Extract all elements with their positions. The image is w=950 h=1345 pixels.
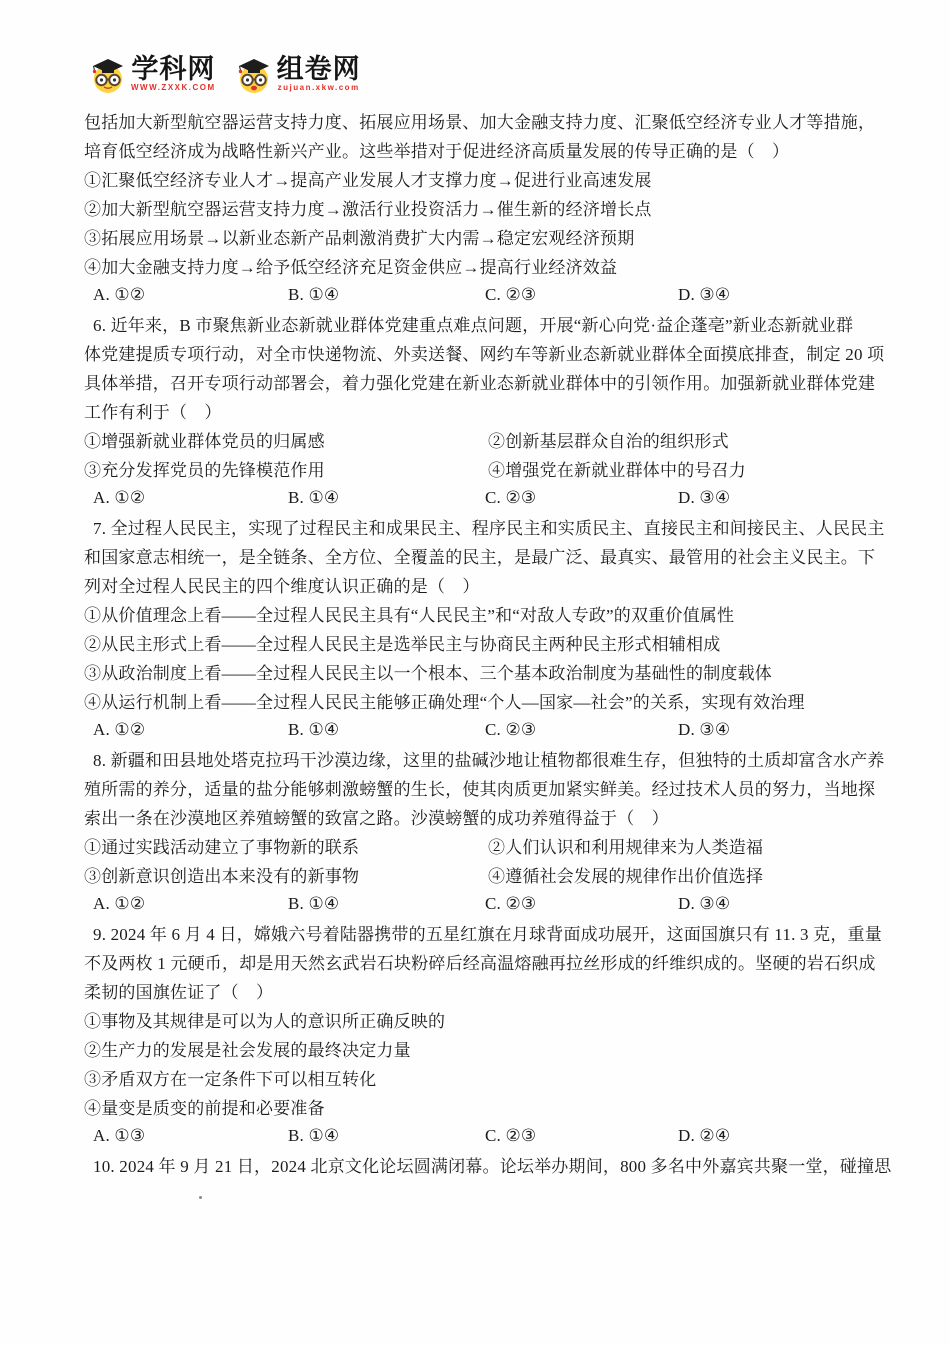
question-body: 包括加大新型航空器运营支持力度、拓展应用场景、加大金融支持力度、汇聚低空经济专业… bbox=[84, 106, 914, 1179]
q5-statement: ②加大新型航空器运营支持力度→激活行业投资活力→催生新的经济增长点 bbox=[84, 193, 914, 222]
q6-statement: ②创新基层群众自治的组织形式 bbox=[488, 427, 729, 452]
q10-stem-line: 10. 2024 年 9 月 21 日，2024 北京文化论坛圆满闭幕。论坛举办… bbox=[84, 1150, 914, 1179]
q8-statement: ③创新意识创造出本来没有的新事物 bbox=[84, 862, 488, 887]
q9-stem-line: 不及两枚 1 元硬币，却是用天然玄武岩石块粉碎后经高温熔融再拉丝形成的纤维织成的… bbox=[84, 947, 914, 976]
choice-option: C. ②③ bbox=[485, 1126, 678, 1146]
xkw-logo: 学科网 WWW.ZXXK.COM bbox=[88, 54, 216, 94]
q7-stem-line: 和国家意志相统一，是全链条、全方位、全覆盖的民主，是最广泛、最真实、最管用的社会… bbox=[84, 541, 914, 570]
choice-option: B. ①④ bbox=[288, 1126, 485, 1146]
q6-statement: ④增强党在新就业群体中的号召力 bbox=[488, 456, 746, 481]
choice-option: A. ①② bbox=[93, 488, 288, 508]
q5-choices-row: A. ①② B. ①④ C. ②③ D. ③④ bbox=[84, 280, 914, 309]
q8-statement: ④遵循社会发展的规律作出价值选择 bbox=[488, 862, 763, 887]
choice-option: A. ①② bbox=[93, 285, 288, 305]
q8-statement-row: ③创新意识创造出本来没有的新事物 ④遵循社会发展的规律作出价值选择 bbox=[84, 860, 914, 889]
q5-statement: ④加大金融支持力度→给予低空经济充足资金供应→提高行业经济效益 bbox=[84, 251, 914, 280]
q6-statement-row: ③充分发挥党员的先锋模范作用 ④增强党在新就业群体中的号召力 bbox=[84, 454, 914, 483]
zujuan-mascot-icon bbox=[234, 54, 274, 94]
q5-statement: ①汇聚低空经济专业人才→提高产业发展人才支撑力度→促进行业高速发展 bbox=[84, 164, 914, 193]
choice-option: B. ①④ bbox=[288, 488, 485, 508]
choice-option: C. ②③ bbox=[485, 894, 678, 914]
q8-statement: ①通过实践活动建立了事物新的联系 bbox=[84, 833, 488, 858]
stray-mark bbox=[199, 1196, 202, 1199]
q8-statement-row: ①通过实践活动建立了事物新的联系 ②人们认识和利用规律来为人类造福 bbox=[84, 831, 914, 860]
zujuan-logo-text: 组卷网 zujuan.xkw.com bbox=[277, 56, 361, 92]
zujuan-logo-title: 组卷网 bbox=[277, 56, 361, 82]
q5-stem-line: 培育低空经济成为战略性新兴产业。这些举措对于促进经济高质量发展的传导正确的是（ … bbox=[84, 135, 914, 164]
zujuan-logo-url: zujuan.xkw.com bbox=[278, 83, 360, 92]
choice-option: C. ②③ bbox=[485, 285, 678, 305]
q9-stem-line: 柔韧的国旗佐证了（ ） bbox=[84, 976, 914, 1005]
q8-statement: ②人们认识和利用规律来为人类造福 bbox=[488, 833, 763, 858]
xkw-logo-text: 学科网 WWW.ZXXK.COM bbox=[131, 56, 216, 92]
choice-option: C. ②③ bbox=[485, 488, 678, 508]
q6-stem-line: 具体举措，召开专项行动部署会，着力强化党建在新业态新就业群体中的引领作用。加强新… bbox=[84, 367, 914, 396]
choice-option: D. ③④ bbox=[678, 720, 730, 740]
choice-option: D. ③④ bbox=[678, 894, 730, 914]
q6-stem-line: 6. 近年来，B 市聚焦新业态新就业群体党建重点难点问题，开展“新心向党·益企蓬… bbox=[84, 309, 914, 338]
q5-stem-line: 包括加大新型航空器运营支持力度、拓展应用场景、加大金融支持力度、汇聚低空经济专业… bbox=[84, 106, 914, 135]
xkw-logo-url: WWW.ZXXK.COM bbox=[131, 83, 216, 92]
q7-choices-row: A. ①② B. ①④ C. ②③ D. ③④ bbox=[84, 715, 914, 744]
q9-stem-line: 9. 2024 年 6 月 4 日，嫦娥六号着陆器携带的五星红旗在月球背面成功展… bbox=[84, 918, 914, 947]
q6-statement: ①增强新就业群体党员的归属感 bbox=[84, 427, 488, 452]
choice-option: B. ①④ bbox=[288, 894, 485, 914]
q6-statement: ③充分发挥党员的先锋模范作用 bbox=[84, 456, 488, 481]
q8-stem-line: 殖所需的养分，适量的盐分能够刺激螃蟹的生长，使其肉质更加紧实鲜美。经过技术人员的… bbox=[84, 773, 914, 802]
header-logos: 学科网 WWW.ZXXK.COM 组卷网 zujuan.xkw.com bbox=[88, 54, 361, 94]
q7-statement: ①从价值理念上看——全过程人民民主具有“人民民主”和“对敌人专政”的双重价值属性 bbox=[84, 599, 914, 628]
q9-statement: ③矛盾双方在一定条件下可以相互转化 bbox=[84, 1063, 914, 1092]
q7-statement: ④从运行机制上看——全过程人民民主能够正确处理“个人—国家—社会”的关系，实现有… bbox=[84, 686, 914, 715]
q8-choices-row: A. ①② B. ①④ C. ②③ D. ③④ bbox=[84, 889, 914, 918]
q9-statement: ②生产力的发展是社会发展的最终决定力量 bbox=[84, 1034, 914, 1063]
choice-option: A. ①③ bbox=[93, 1126, 288, 1146]
q6-choices-row: A. ①② B. ①④ C. ②③ D. ③④ bbox=[84, 483, 914, 512]
q6-stem-line: 体党建提质专项行动，对全市快递物流、外卖送餐、网约车等新业态新就业群体全面摸底排… bbox=[84, 338, 914, 367]
q7-statement: ③从政治制度上看——全过程人民民主以一个根本、三个基本政治制度为基础性的制度载体 bbox=[84, 657, 914, 686]
q7-stem-line: 列对全过程人民民主的四个维度认识正确的是（ ） bbox=[84, 570, 914, 599]
xkw-mascot-icon bbox=[88, 54, 128, 94]
zujuan-logo: 组卷网 zujuan.xkw.com bbox=[234, 54, 361, 94]
choice-option: A. ①② bbox=[93, 720, 288, 740]
q6-statement-row: ①增强新就业群体党员的归属感 ②创新基层群众自治的组织形式 bbox=[84, 425, 914, 454]
q8-stem-line: 索出一条在沙漠地区养殖螃蟹的致富之路。沙漠螃蟹的成功养殖得益于（ ） bbox=[84, 802, 914, 831]
q5-statement: ③拓展应用场景→以新业态新产品刺激消费扩大内需→稳定宏观经济预期 bbox=[84, 222, 914, 251]
q7-statement: ②从民主形式上看——全过程人民民主是选举民主与协商民主两种民主形式相辅相成 bbox=[84, 628, 914, 657]
q9-statement: ④量变是质变的前提和必要准备 bbox=[84, 1092, 914, 1121]
exam-page: 学科网 WWW.ZXXK.COM 组卷网 zujuan.xkw.com bbox=[0, 0, 950, 1345]
xkw-logo-title: 学科网 bbox=[131, 56, 215, 82]
q7-stem-line: 7. 全过程人民民主，实现了过程民主和成果民主、程序民主和实质民主、直接民主和间… bbox=[84, 512, 914, 541]
q8-stem-line: 8. 新疆和田县地处塔克拉玛干沙漠边缘，这里的盐碱沙地让植物都很难生存，但独特的… bbox=[84, 744, 914, 773]
choice-option: D. ②④ bbox=[678, 1126, 730, 1146]
q9-statement: ①事物及其规律是可以为人的意识所正确反映的 bbox=[84, 1005, 914, 1034]
choice-option: C. ②③ bbox=[485, 720, 678, 740]
choice-option: D. ③④ bbox=[678, 285, 730, 305]
choice-option: B. ①④ bbox=[288, 285, 485, 305]
q6-stem-line: 工作有利于（ ） bbox=[84, 396, 914, 425]
choice-option: A. ①② bbox=[93, 894, 288, 914]
q9-choices-row: A. ①③ B. ①④ C. ②③ D. ②④ bbox=[84, 1121, 914, 1150]
choice-option: B. ①④ bbox=[288, 720, 485, 740]
choice-option: D. ③④ bbox=[678, 488, 730, 508]
